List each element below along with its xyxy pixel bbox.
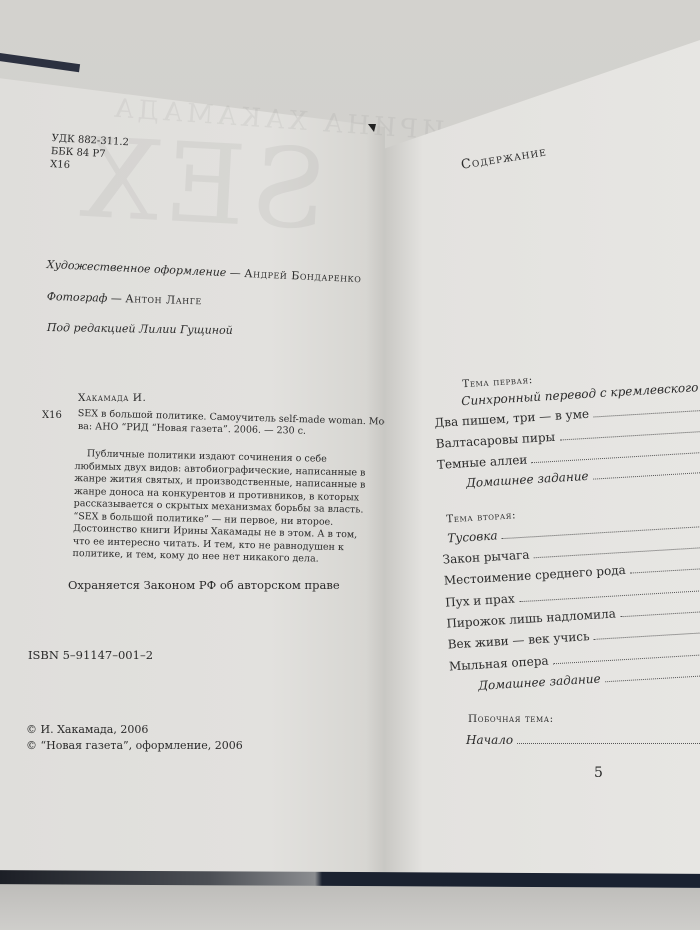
copyright-notice: Охраняется Законом РФ об авторском праве	[68, 578, 340, 592]
corner-mark-icon	[368, 124, 376, 132]
catalog-abstract: Публичные политики издают сочинения о се…	[72, 448, 374, 567]
copyright-author: © И. Хакамада, 2006	[26, 723, 148, 736]
copyright-publisher: © “Новая газета”, оформление, 2006	[26, 739, 243, 752]
toc-entry[interactable]: Начало	[466, 733, 700, 749]
catalog-code: Х16	[42, 410, 62, 421]
isbn: ISBN 5–91147–001–2	[28, 648, 153, 662]
table-surface	[0, 880, 700, 930]
classification-codes: УДК 882-311.2 ББК 84 Р7 Х16	[50, 132, 129, 175]
catalog-author: Хакамада И.	[78, 392, 146, 404]
page-number: 5	[594, 765, 603, 781]
toc-section-heading: Побочная тема:	[468, 713, 554, 725]
